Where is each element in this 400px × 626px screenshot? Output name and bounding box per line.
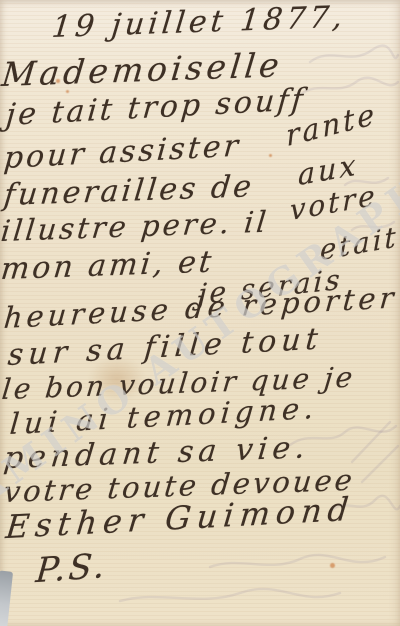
ink-speck [330, 563, 335, 568]
letter-scan: 19 juillet 1877, Mademoiselle je tait tr… [0, 0, 400, 626]
ink-speck [269, 154, 272, 157]
postscript-line: P.S. [34, 546, 109, 591]
